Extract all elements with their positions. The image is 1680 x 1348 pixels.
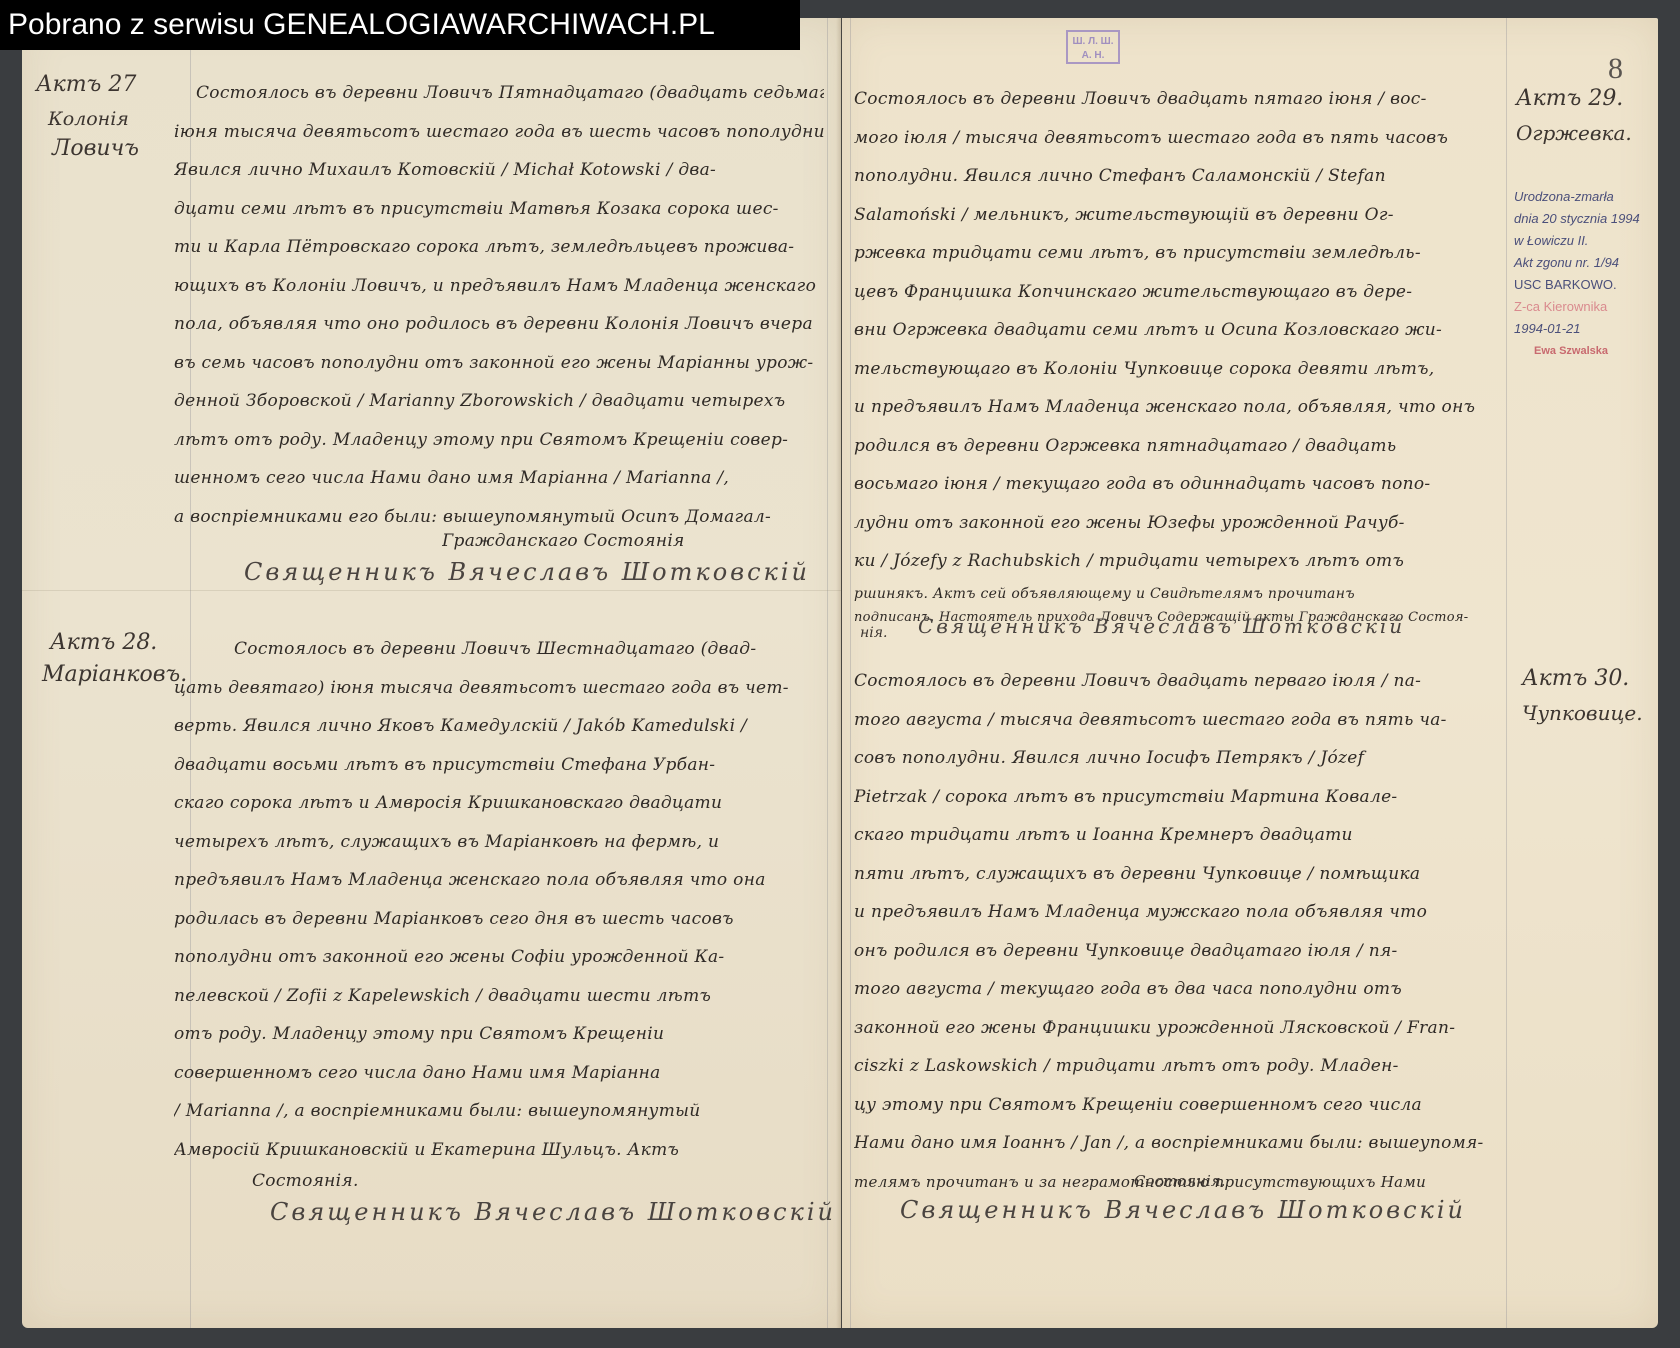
entry-line: пяти лѣтъ, служащихъ въ деревни Чупковиц… xyxy=(854,855,1504,894)
entry-line: того августа / тысяча девятьсотъ шестаго… xyxy=(854,701,1504,740)
entry-line: скаго тридцати лѣтъ и Іоанна Кремнеръ дв… xyxy=(854,816,1504,855)
entry-line: лудни отъ законной его жены Юзефы урожде… xyxy=(854,504,1504,543)
entry-divider xyxy=(22,590,841,591)
entry-line: Состоялось въ деревни Ловичъ Шестнадцата… xyxy=(174,630,824,669)
official-name-stamp: Ewa Szwalska xyxy=(1514,340,1640,362)
entry-line: предъявилъ Намъ Младенца женскаго пола о… xyxy=(174,861,824,900)
entry-line: цать девятаго) іюня тысяча девятьсотъ ше… xyxy=(174,669,824,708)
entry-line: ршинякъ. Актъ сей объявляющему и Свидѣте… xyxy=(854,581,1504,607)
page-number: 8 xyxy=(1608,52,1623,86)
margin-place: Маріанковъ. xyxy=(42,660,187,690)
record-entry-30: Состоялось въ деревни Ловичъ двадцать пе… xyxy=(854,662,1504,1201)
right-page: Ш. Л. Ш. А. Н. 8 Состоялось въ деревни Л… xyxy=(842,18,1658,1328)
entry-line: цу этому при Святомъ Крещеніи совершенно… xyxy=(854,1086,1504,1125)
closing-line: нія. xyxy=(860,618,887,648)
document-scan: Pobrano z serwisu GENEALOGIAWARCHIWACH.P… xyxy=(0,0,1680,1348)
margin-place: Огржевка. xyxy=(1516,118,1632,148)
record-entry-29: Состоялось въ деревни Ловичъ двадцать пя… xyxy=(854,80,1504,629)
civil-registry-annotation: Urodzona-zmarła dnia 20 stycznia 1994 w … xyxy=(1514,186,1640,362)
entry-line: дцати семи лѣтъ въ присутствіи Матвѣя Ко… xyxy=(174,190,824,229)
entry-line: отъ роду. Младенцу этому при Святомъ Кре… xyxy=(174,1015,824,1054)
entry-line: шенномъ сего числа Нами дано имя Маріанн… xyxy=(174,459,824,498)
entry-line: Явился лично Михаилъ Котовскій / Michał … xyxy=(174,151,824,190)
record-entry-28: Состоялось въ деревни Ловичъ Шестнадцата… xyxy=(174,630,824,1169)
source-watermark: Pobrano z serwisu GENEALOGIAWARCHIWACH.P… xyxy=(0,0,800,50)
entry-line: пополудни. Явился лично Стефанъ Саламонс… xyxy=(854,157,1504,196)
archive-stamp: Ш. Л. Ш. А. Н. xyxy=(1066,30,1120,64)
entry-line: тельствующаго въ Колоніи Чупковице сорок… xyxy=(854,350,1504,389)
entry-line: Нами дано имя Іоаннъ / Jan /, а воспріем… xyxy=(854,1124,1504,1163)
closing-line: Состоянія. xyxy=(1134,1166,1225,1196)
entry-line: ржевка тридцати семи лѣтъ, въ присутстві… xyxy=(854,234,1504,273)
entry-line: родился въ деревни Огржевка пятнадцатаго… xyxy=(854,427,1504,466)
entry-line: онъ родился въ деревни Чупковице двадцат… xyxy=(854,932,1504,971)
entry-line: ки / Józefy z Rachubskich / тридцати чет… xyxy=(854,542,1504,581)
left-margin-rule xyxy=(850,18,851,1328)
margin-act-number: Актъ 29. xyxy=(1516,84,1623,114)
entry-line: мого іюля / тысяча девятьсотъ шестаго го… xyxy=(854,119,1504,158)
record-entry-27: Состоялось въ деревни Ловичъ Пятнадцатаг… xyxy=(174,74,824,536)
entry-line: ciszki z Laskowskich / тридцати лѣтъ отъ… xyxy=(854,1047,1504,1086)
entry-line: восьмаго іюня / текущаго года въ одиннад… xyxy=(854,465,1504,504)
annotation-date: 1994-01-21 xyxy=(1514,318,1640,340)
entry-line: ющихъ въ Колоніи Ловичъ, и предъявилъ На… xyxy=(174,267,824,306)
entry-line: денной Зборовской / Marianny Zborowskich… xyxy=(174,382,824,421)
entry-line: Состоялось въ деревни Ловичъ Пятнадцатаг… xyxy=(174,74,824,113)
entry-line: и предъявилъ Намъ Младенца женскаго пола… xyxy=(854,388,1504,427)
entry-line: законной его жены Францишки урожденной Л… xyxy=(854,1009,1504,1048)
entry-line: скаго сорока лѣтъ и Амвросія Кришкановск… xyxy=(174,784,824,823)
entry-line: пола, объявляя что оно родилось въ дерев… xyxy=(174,305,824,344)
entry-line: родилась въ деревни Маріанковъ сего дня … xyxy=(174,900,824,939)
entry-line: верть. Явился лично Яковъ Камедулскій / … xyxy=(174,707,824,746)
margin-rule xyxy=(1506,18,1507,1328)
entry-line: цевъ Францишка Копчинскаго жительствующа… xyxy=(854,273,1504,312)
left-page: Актъ 27 Колонія Ловичъ Состоялось въ дер… xyxy=(22,18,841,1328)
right-margin-rule xyxy=(827,18,828,1328)
margin-act-number: Актъ 27 xyxy=(36,70,136,100)
entry-line: пополудни отъ законной его жены Софіи ур… xyxy=(174,938,824,977)
priest-signature: Священникъ Вячеславъ Шотковскій xyxy=(244,558,810,586)
priest-signature: Священникъ Вячеславъ Шотковскій xyxy=(918,614,1405,638)
entry-line: въ семь часовъ пополудни отъ законной ег… xyxy=(174,344,824,383)
entry-line: того августа / текущаго года въ два часа… xyxy=(854,970,1504,1009)
margin-act-number: Актъ 28. xyxy=(50,628,157,658)
entry-line: совъ пополудни. Явился лично Іосифъ Петр… xyxy=(854,739,1504,778)
closing-line: Состоянія. xyxy=(252,1166,552,1196)
priest-signature: Священникъ Вячеславъ Шотковскій xyxy=(270,1198,836,1226)
entry-line: и предъявилъ Намъ Младенца мужскаго пола… xyxy=(854,893,1504,932)
entry-line: совершенномъ сего числа дано Нами имя Ма… xyxy=(174,1054,824,1093)
entry-line: Pietrzak / сорока лѣтъ въ присутствіи Ма… xyxy=(854,778,1504,817)
official-stamp-title: Z-ca Kierownika xyxy=(1514,296,1640,318)
priest-signature: Священникъ Вячеславъ Шотковскій xyxy=(900,1196,1466,1224)
entry-line: вни Огржевка двадцати семи лѣтъ и Осипа … xyxy=(854,311,1504,350)
entry-line: четырехъ лѣтъ, служащихъ въ Маріанковѣ н… xyxy=(174,823,824,862)
margin-place: Ловичъ xyxy=(52,134,139,164)
entry-line: Состоялось въ деревни Ловичъ двадцать пя… xyxy=(854,80,1504,119)
entry-line: пелевской / Zofii z Kapelewskich / двадц… xyxy=(174,977,824,1016)
entry-line: Состоялось въ деревни Ловичъ двадцать пе… xyxy=(854,662,1504,701)
entry-line: / Marianna /, а воспріемниками были: выш… xyxy=(174,1092,824,1131)
entry-line: іюня тысяча девятьсотъ шестаго года въ ш… xyxy=(174,113,824,152)
closing-line: Гражданскаго Состоянія xyxy=(442,526,822,556)
entry-line: Амвросій Кришкановскій и Екатерина Шульц… xyxy=(174,1131,824,1170)
margin-place: Колонія xyxy=(48,104,129,134)
entry-line: лѣтъ отъ роду. Младенцу этому при Святом… xyxy=(174,421,824,460)
margin-act-number: Актъ 30. xyxy=(1522,664,1629,694)
margin-place: Чупковице. xyxy=(1522,698,1643,728)
entry-line: ти и Карла Пётровскаго сорока лѣтъ, земл… xyxy=(174,228,824,267)
entry-line: Salamoński / мельникъ, жительствующій въ… xyxy=(854,196,1504,235)
entry-line: двадцати восьми лѣтъ въ присутствіи Стеф… xyxy=(174,746,824,785)
